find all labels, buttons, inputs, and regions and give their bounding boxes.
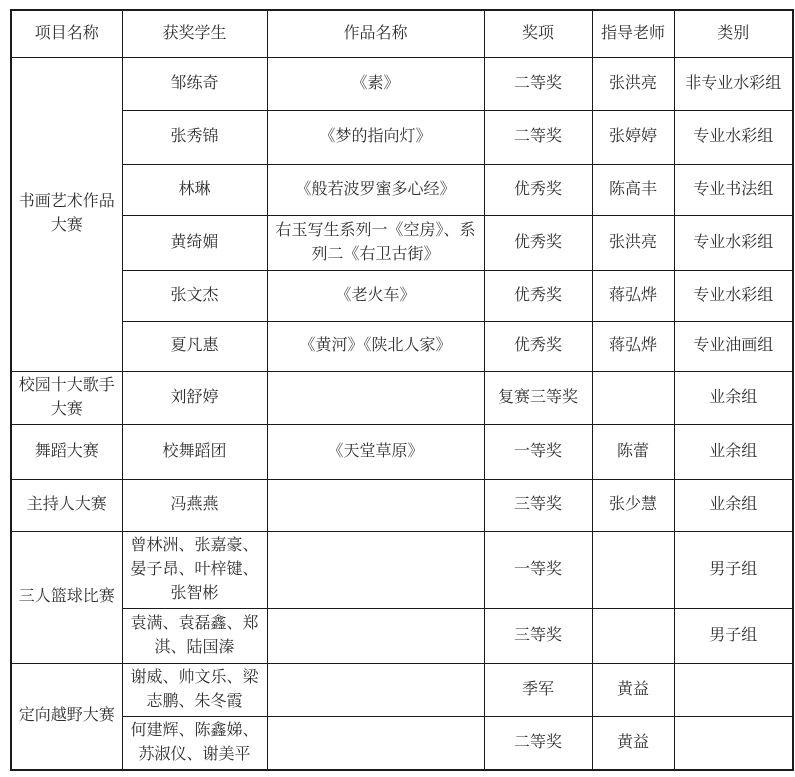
student-cell: 黄绮媚 (122, 215, 267, 270)
teacher-cell: 张少慧 (592, 479, 674, 531)
project-cell: 书画艺术作品大赛 (11, 57, 122, 371)
work-cell: 《素》 (267, 57, 484, 110)
category-cell: 业余组 (674, 479, 793, 531)
col-header-award: 奖项 (484, 10, 592, 57)
project-cell: 定向越野大赛 (11, 663, 122, 770)
student-cell: 冯燕燕 (122, 479, 267, 531)
table-header: 项目名称 获奖学生 作品名称 奖项 指导老师 类别 (11, 10, 793, 57)
student-cell: 林琳 (122, 164, 267, 215)
table-row: 黄绮媚 右玉写生系列一《空房》、系列二《右卫古街》 优秀奖 张洪亮 专业水彩组 (11, 215, 793, 270)
col-header-teacher: 指导老师 (592, 10, 674, 57)
award-cell: 二等奖 (484, 110, 592, 164)
student-cell: 邹练奇 (122, 57, 267, 110)
award-cell: 优秀奖 (484, 215, 592, 270)
table-row: 三人篮球比赛 曾林洲、张嘉豪、晏子昂、叶梓键、张智彬 一等奖 男子组 (11, 531, 793, 608)
award-cell: 三等奖 (484, 608, 592, 663)
table-row: 校园十大歌手大赛 刘舒婷 复赛三等奖 业余组 (11, 371, 793, 424)
teacher-cell: 蒋弘烨 (592, 270, 674, 321)
award-cell: 季军 (484, 663, 592, 716)
category-cell (674, 716, 793, 770)
col-header-category: 类别 (674, 10, 793, 57)
teacher-cell (592, 531, 674, 608)
project-cell: 主持人大赛 (11, 479, 122, 531)
student-cell: 曾林洲、张嘉豪、晏子昂、叶梓键、张智彬 (122, 531, 267, 608)
teacher-cell: 张洪亮 (592, 215, 674, 270)
category-cell: 男子组 (674, 608, 793, 663)
col-header-work: 作品名称 (267, 10, 484, 57)
student-cell: 张文杰 (122, 270, 267, 321)
work-cell (267, 531, 484, 608)
teacher-cell: 张婷婷 (592, 110, 674, 164)
award-cell: 一等奖 (484, 531, 592, 608)
work-cell: 《梦的指向灯》 (267, 110, 484, 164)
award-cell: 一等奖 (484, 424, 592, 479)
student-cell: 何建辉、陈鑫娣、苏淑仪、谢美平 (122, 716, 267, 770)
award-cell: 二等奖 (484, 57, 592, 110)
table-row: 夏凡惠 《黄河》《陕北人家》 优秀奖 蒋弘烨 专业油画组 (11, 321, 793, 371)
category-cell: 专业水彩组 (674, 110, 793, 164)
table-row: 何建辉、陈鑫娣、苏淑仪、谢美平 二等奖 黄益 (11, 716, 793, 770)
student-cell: 校舞蹈团 (122, 424, 267, 479)
col-header-student: 获奖学生 (122, 10, 267, 57)
category-cell: 专业书法组 (674, 164, 793, 215)
project-cell: 校园十大歌手大赛 (11, 371, 122, 424)
student-cell: 夏凡惠 (122, 321, 267, 371)
teacher-cell (592, 608, 674, 663)
table-row: 张秀锦 《梦的指向灯》 二等奖 张婷婷 专业水彩组 (11, 110, 793, 164)
teacher-cell: 陈高丰 (592, 164, 674, 215)
teacher-cell: 黄益 (592, 663, 674, 716)
work-cell (267, 479, 484, 531)
work-cell: 《天堂草原》 (267, 424, 484, 479)
category-cell (674, 663, 793, 716)
teacher-cell: 黄益 (592, 716, 674, 770)
project-cell: 舞蹈大赛 (11, 424, 122, 479)
work-cell: 《老火车》 (267, 270, 484, 321)
work-cell: 右玉写生系列一《空房》、系列二《右卫古街》 (267, 215, 484, 270)
col-header-project: 项目名称 (11, 10, 122, 57)
student-cell: 袁满、袁磊鑫、郑淇、陆国溱 (122, 608, 267, 663)
awards-table: 项目名称 获奖学生 作品名称 奖项 指导老师 类别 书画艺术作品大赛 邹练奇 《… (10, 9, 794, 771)
work-cell: 《黄河》《陕北人家》 (267, 321, 484, 371)
table-row: 定向越野大赛 谢威、帅文乐、梁志鹏、朱冬霞 季军 黄益 (11, 663, 793, 716)
student-cell: 谢威、帅文乐、梁志鹏、朱冬霞 (122, 663, 267, 716)
category-cell: 业余组 (674, 371, 793, 424)
table-row: 书画艺术作品大赛 邹练奇 《素》 二等奖 张洪亮 非专业水彩组 (11, 57, 793, 110)
teacher-cell (592, 371, 674, 424)
work-cell (267, 663, 484, 716)
table-row: 主持人大赛 冯燕燕 三等奖 张少慧 业余组 (11, 479, 793, 531)
category-cell: 男子组 (674, 531, 793, 608)
table-row: 舞蹈大赛 校舞蹈团 《天堂草原》 一等奖 陈蕾 业余组 (11, 424, 793, 479)
award-cell: 复赛三等奖 (484, 371, 592, 424)
category-cell: 专业水彩组 (674, 215, 793, 270)
work-cell (267, 608, 484, 663)
category-cell: 业余组 (674, 424, 793, 479)
teacher-cell: 陈蕾 (592, 424, 674, 479)
award-cell: 二等奖 (484, 716, 592, 770)
category-cell: 非专业水彩组 (674, 57, 793, 110)
teacher-cell: 蒋弘烨 (592, 321, 674, 371)
student-cell: 刘舒婷 (122, 371, 267, 424)
work-cell (267, 716, 484, 770)
award-cell: 优秀奖 (484, 270, 592, 321)
award-cell: 优秀奖 (484, 164, 592, 215)
table-row: 张文杰 《老火车》 优秀奖 蒋弘烨 专业水彩组 (11, 270, 793, 321)
table-row: 袁满、袁磊鑫、郑淇、陆国溱 三等奖 男子组 (11, 608, 793, 663)
work-cell (267, 371, 484, 424)
category-cell: 专业水彩组 (674, 270, 793, 321)
award-cell: 三等奖 (484, 479, 592, 531)
teacher-cell: 张洪亮 (592, 57, 674, 110)
category-cell: 专业油画组 (674, 321, 793, 371)
table-row: 林琳 《般若波罗蜜多心经》 优秀奖 陈高丰 专业书法组 (11, 164, 793, 215)
student-cell: 张秀锦 (122, 110, 267, 164)
work-cell: 《般若波罗蜜多心经》 (267, 164, 484, 215)
project-cell: 三人篮球比赛 (11, 531, 122, 663)
award-cell: 优秀奖 (484, 321, 592, 371)
header-row: 项目名称 获奖学生 作品名称 奖项 指导老师 类别 (11, 10, 793, 57)
